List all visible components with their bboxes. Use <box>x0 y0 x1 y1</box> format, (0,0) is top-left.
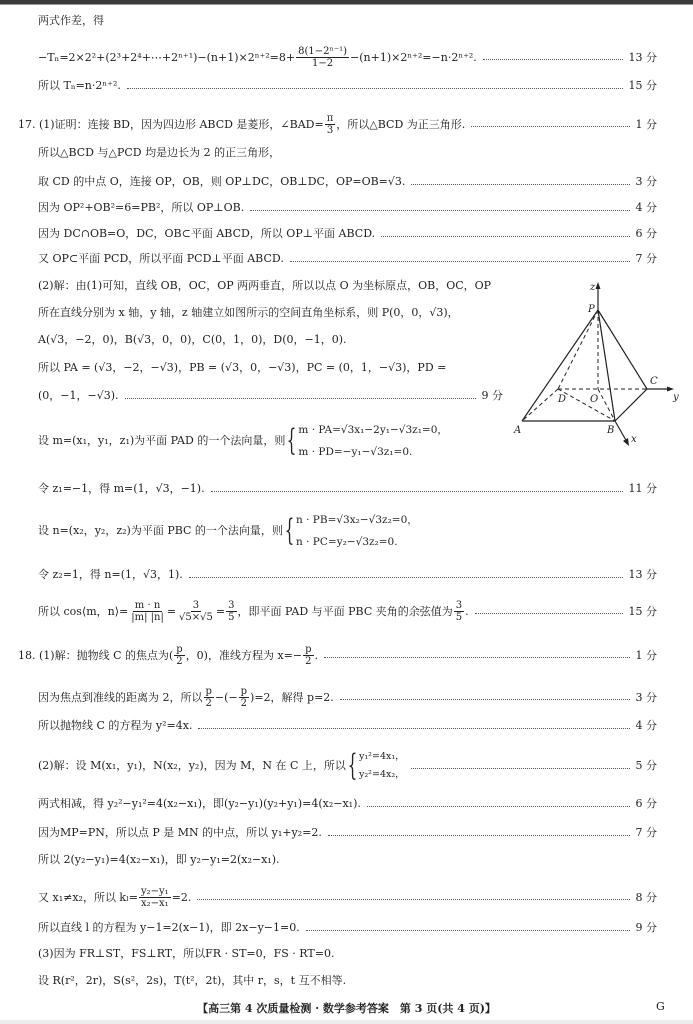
fraction: p2 <box>303 644 313 667</box>
label-D: D <box>557 394 566 405</box>
cos-fraction-2: 3√5×√5 <box>177 600 215 623</box>
q18-line-3: 所以抛物线 C 的方程为 y²=4x. 4 分 <box>38 719 657 733</box>
q17-line-2: 取 CD 的中点 O，连接 OP，OB，则 OP⊥DC，OB⊥DC，OP=OB=… <box>38 175 657 189</box>
q18-text: 18. (1)解：抛物线 C 的焦点为( <box>18 649 173 663</box>
footer-code: G <box>656 1000 665 1013</box>
angle-fraction: π3 <box>325 113 336 136</box>
system-row: m · PD=−y₁−√3z₁=0. <box>298 445 447 459</box>
bottom-border <box>0 1020 693 1024</box>
q17-line-text: 所以 PA = (√3，−2，−√3)，PB = (√3，0，−√3)，PC =… <box>38 361 446 375</box>
q17-line-text: 所以△BCD 与△PCD 均是边长为 2 的正三角形， <box>38 146 280 160</box>
dot-leader <box>381 236 629 237</box>
q16-equation-line: −Tₙ=2×2²+(2³+2⁴+⋯+2ⁿ⁺¹)−(n+1)×2ⁿ⁺²=8+ 8(… <box>38 46 657 69</box>
score-label: 9 分 <box>636 921 658 935</box>
q18-text: 又 x₁≠x₂，所以 kₗ= <box>38 891 138 905</box>
q18-line-6: 因为MP=PN，所以点 P 是 MN 的中点，所以 y₁+y₂=2. 7 分 <box>38 826 657 840</box>
fraction: p2 <box>239 686 249 709</box>
cos-conclusion: ，即平面 PAD 与平面 PBC 夹角的余弦值为 <box>238 605 453 619</box>
dot-leader <box>306 930 630 931</box>
q17-line-3: 因为 OP²+OB²=6=PB²，所以 OP⊥OB. 4 分 <box>38 201 657 215</box>
q18-line-7: 所以 2(y₂−y₁)=4(x₂−x₁)，即 y₂−y₁=2(x₂−x₁). <box>38 853 657 867</box>
q18-text: 两式相减，得 y₂²−y₁²=4(x₂−x₁)，即(y₂−y₁)(y₂+y₁)=… <box>38 797 361 811</box>
q18-line-4: (2)解：设 M(x₁，y₁)，N(x₂，y₂)，因为 M，N 在 C 上，所以… <box>38 750 657 782</box>
dot-leader <box>250 210 629 211</box>
q17-normal-n-line: 设 n=(x₂，y₂，z₂)为平面 PBC 的一个法向量，则 { n · PB=… <box>38 513 657 549</box>
q16-eq-left: −Tₙ=2×2²+(2³+2⁴+⋯+2ⁿ⁺¹)−(n+1)×2ⁿ⁺²=8+ <box>38 51 295 65</box>
dot-leader <box>189 577 623 578</box>
brace-icon: { <box>348 751 358 781</box>
q17-line-text: ，所以△BCD 为正三角形. <box>336 118 465 132</box>
page-footer: 【高三第 4 次质量检测 · 数学参考答案 第 3 页(共 4 页)】 <box>0 1000 693 1016</box>
score-label: 8 分 <box>636 891 658 905</box>
q18-text: 所以直线 l 的方程为 y−1=2(x−1)，即 2x−y−1=0. <box>38 921 300 935</box>
dot-leader <box>125 398 476 399</box>
q17-normal-m-line: 设 m=(x₁，y₁，z₁)为平面 PAD 的一个法向量，则 { m · PA=… <box>38 423 657 459</box>
score-label: 1 分 <box>636 118 658 132</box>
top-border <box>0 0 693 5</box>
q18-text: =2. <box>172 891 192 905</box>
dot-leader <box>367 806 630 807</box>
q17-line-6: (2)解：由(1)可知，直线 OB，OC，OP 两两垂直，所以以点 O 为坐标原… <box>38 279 503 293</box>
q16-intro-line: 两式作差，得 <box>38 14 657 28</box>
q18-line-5: 两式相减，得 y₂²−y₁²=4(x₂−x₁)，即(y₂−y₁)(y₂+y₁)=… <box>38 797 657 811</box>
score-label: 4 分 <box>636 201 658 215</box>
dot-leader <box>475 613 623 614</box>
dot-leader <box>197 899 629 900</box>
q17-n-result-line: 令 z₂=1，得 n=(1，√3，1). 13 分 <box>38 568 657 582</box>
system-row: n · PB=√3x₂−√3z₂=0， <box>296 513 418 527</box>
score-label: 13 分 <box>629 568 658 582</box>
label-C: C <box>650 376 658 387</box>
q18-text: 因为MP=PN，所以点 P 是 MN 的中点，所以 y₁+y₂=2. <box>38 826 322 840</box>
q17-line-5: 又 OP⊂平面 PCD，所以平面 PCD⊥平面 ABCD. 7 分 <box>38 252 657 266</box>
q17-line-text: 因为 DC∩OB=O，DC，OB⊂平面 ABCD，所以 OP⊥平面 ABCD. <box>38 227 375 241</box>
dot-leader <box>411 768 630 769</box>
q18-text: ，0)，准线方程为 x=− <box>186 649 302 663</box>
q16-result-line: 所以 Tₙ=n·2ⁿ⁺². 15 分 <box>38 79 657 93</box>
q18-text: (3)因为 FR⊥ST，FS⊥RT，所以FR · ST=0，FS · RT=0. <box>38 947 334 961</box>
q18-text: 因为焦点到准线的距离为 2，所以 <box>38 691 203 705</box>
equation-system-mn: { y₁²=4x₁， y₂²=4x₂， <box>346 750 405 782</box>
score-label: 13 分 <box>629 51 658 65</box>
q17-line-8: A(√3，−2，0)，B(√3，0，0)，C(0，1，0)，D(0，−1，0). <box>38 333 503 347</box>
brace-icon: { <box>287 426 297 456</box>
label-y: y <box>672 392 679 403</box>
q18-line-11: 设 R(r²，2r)，S(s²，2s)，T(t²，2t)，其中 r，s，t 互不… <box>38 974 657 988</box>
dot-leader <box>483 59 623 60</box>
dot-leader <box>340 699 630 700</box>
cos-fraction-3: 35 <box>226 600 236 623</box>
normal-n-intro: 设 n=(x₂，y₂，z₂)为平面 PBC 的一个法向量，则 <box>38 524 283 538</box>
m-result: 令 z₁=−1，得 m=(1，√3，−1). <box>38 482 205 496</box>
q18-text: 设 R(r²，2r)，S(s²，2s)，T(t²，2t)，其中 r，s，t 互不… <box>38 974 346 988</box>
q17-m-result-line: 令 z₁=−1，得 m=(1，√3，−1). 11 分 <box>38 482 657 496</box>
n-result: 令 z₂=1，得 n=(1，√3，1). <box>38 568 183 582</box>
q16-intro: 两式作差，得 <box>38 14 104 28</box>
system-row: n · PC=y₂−√3z₂=0. <box>296 535 418 549</box>
score-label: 15 分 <box>629 605 658 619</box>
q17-line-text: 因为 OP²+OB²=6=PB²，所以 OP⊥OB. <box>38 201 244 215</box>
q17-line-1: 所以△BCD 与△PCD 均是边长为 2 的正三角形， <box>38 146 657 160</box>
dot-leader <box>127 88 623 89</box>
q17-line-text: (0，−1，−√3). <box>38 389 119 403</box>
cos-fraction-1: m · n|m| |n| <box>129 600 166 623</box>
score-label: 11 分 <box>629 482 658 496</box>
system-row: m · PA=√3x₁−2y₁−√3z₁=0， <box>298 423 447 437</box>
q17-line-0: 17. (1)证明：连接 BD，因为四边形 ABCD 是菱形，∠BAD= π3 … <box>18 113 657 136</box>
q17-line-text: 取 CD 的中点 O，连接 OP，OB，则 OP⊥DC，OB⊥DC，OP=OB=… <box>38 175 405 189</box>
q17-cos-line: 所以 cos⟨m，n⟩= m · n|m| |n| = 3√5×√5 = 35 … <box>38 600 657 623</box>
q17-line-10: (0，−1，−√3). 9 分 <box>38 389 503 403</box>
q17-line-9: 所以 PA = (√3，−2，−√3)，PB = (√3，0，−√3)，PC =… <box>38 361 503 375</box>
slope-fraction: y₂−y₁x₂−x₁ <box>139 886 171 909</box>
q17-line-7: 所在直线分别为 x 轴，y 轴，z 轴建立如图所示的空间直角坐标系，则 P(0，… <box>38 306 503 320</box>
q17-line-4: 因为 DC∩OB=O，DC，OB⊂平面 ABCD，所以 OP⊥平面 ABCD. … <box>38 227 657 241</box>
q18-text: −(− <box>215 691 238 705</box>
score-label: 7 分 <box>636 826 658 840</box>
score-label: 1 分 <box>636 649 658 663</box>
q18-line-1: 18. (1)解：抛物线 C 的焦点为( p2 ，0)，准线方程为 x=− p2… <box>18 644 657 667</box>
q18-line-2: 因为焦点到准线的距离为 2，所以 p2 −(− p2 )=2，解得 p=2. 3… <box>38 686 657 709</box>
label-z: z <box>589 282 596 293</box>
dot-leader <box>324 657 629 658</box>
q18-text: 所以抛物线 C 的方程为 y²=4x. <box>38 719 192 733</box>
fraction: p2 <box>174 644 184 667</box>
system-row: y₂²=4x₂， <box>359 768 405 782</box>
dot-leader <box>211 491 623 492</box>
score-label: 6 分 <box>636 227 658 241</box>
dot-leader <box>328 835 630 836</box>
q16-fraction: 8(1−2ⁿ⁻¹)1−2 <box>296 46 349 69</box>
q18-line-10: (3)因为 FR⊥ST，FS⊥RT，所以FR · ST=0，FS · RT=0. <box>38 947 657 961</box>
q17-line-text: 17. (1)证明：连接 BD，因为四边形 ABCD 是菱形，∠BAD= <box>18 118 324 132</box>
score-label: 3 分 <box>636 691 658 705</box>
label-P: P <box>587 304 595 315</box>
dot-leader <box>471 126 629 127</box>
fraction: p2 <box>204 686 214 709</box>
q17-line-text: 所在直线分别为 x 轴，y 轴，z 轴建立如图所示的空间直角坐标系，则 P(0，… <box>38 306 459 320</box>
cos-fraction-4: 35 <box>454 600 464 623</box>
score-label: 4 分 <box>636 719 658 733</box>
q18-text: )=2，解得 p=2. <box>250 691 334 705</box>
score-label: 9 分 <box>482 389 504 403</box>
equation-system-n: { n · PB=√3x₂−√3z₂=0， n · PC=y₂−√3z₂=0. <box>283 513 418 549</box>
q17-line-text: A(√3，−2，0)，B(√3，0，0)，C(0，1，0)，D(0，−1，0). <box>38 333 347 347</box>
score-label: 7 分 <box>636 252 658 266</box>
score-label: 5 分 <box>636 759 658 773</box>
q16-eq-right: −(n+1)×2ⁿ⁺²=−n·2ⁿ⁺². <box>350 51 477 65</box>
dot-leader <box>290 261 630 262</box>
normal-m-intro: 设 m=(x₁，y₁，z₁)为平面 PAD 的一个法向量，则 <box>38 434 285 448</box>
q17-line-text: (2)解：由(1)可知，直线 OB，OC，OP 两两垂直，所以以点 O 为坐标原… <box>38 279 491 293</box>
q17-line-text: 又 OP⊂平面 PCD，所以平面 PCD⊥平面 ABCD. <box>38 252 284 266</box>
q18-line-8: 又 x₁≠x₂，所以 kₗ= y₂−y₁x₂−x₁ =2. 8 分 <box>38 886 657 909</box>
q18-line-9: 所以直线 l 的方程为 y−1=2(x−1)，即 2x−y−1=0. 9 分 <box>38 921 657 935</box>
score-label: 3 分 <box>636 175 658 189</box>
dot-leader <box>411 184 629 185</box>
q18-text: (2)解：设 M(x₁，y₁)，N(x₂，y₂)，因为 M，N 在 C 上，所以 <box>38 759 346 773</box>
dot-leader <box>198 728 629 729</box>
score-label: 6 分 <box>636 797 658 811</box>
cos-text: 所以 cos⟨m，n⟩= <box>38 605 128 619</box>
brace-icon: { <box>285 516 295 546</box>
label-O: O <box>590 394 598 405</box>
q16-result: 所以 Tₙ=n·2ⁿ⁺². <box>38 79 121 93</box>
equation-system-m: { m · PA=√3x₁−2y₁−√3z₁=0， m · PD=−y₁−√3z… <box>285 423 448 459</box>
score-label: 15 分 <box>629 79 658 93</box>
system-row: y₁²=4x₁， <box>359 750 405 764</box>
q18-text: 所以 2(y₂−y₁)=4(x₂−x₁)，即 y₂−y₁=2(x₂−x₁). <box>38 853 279 867</box>
